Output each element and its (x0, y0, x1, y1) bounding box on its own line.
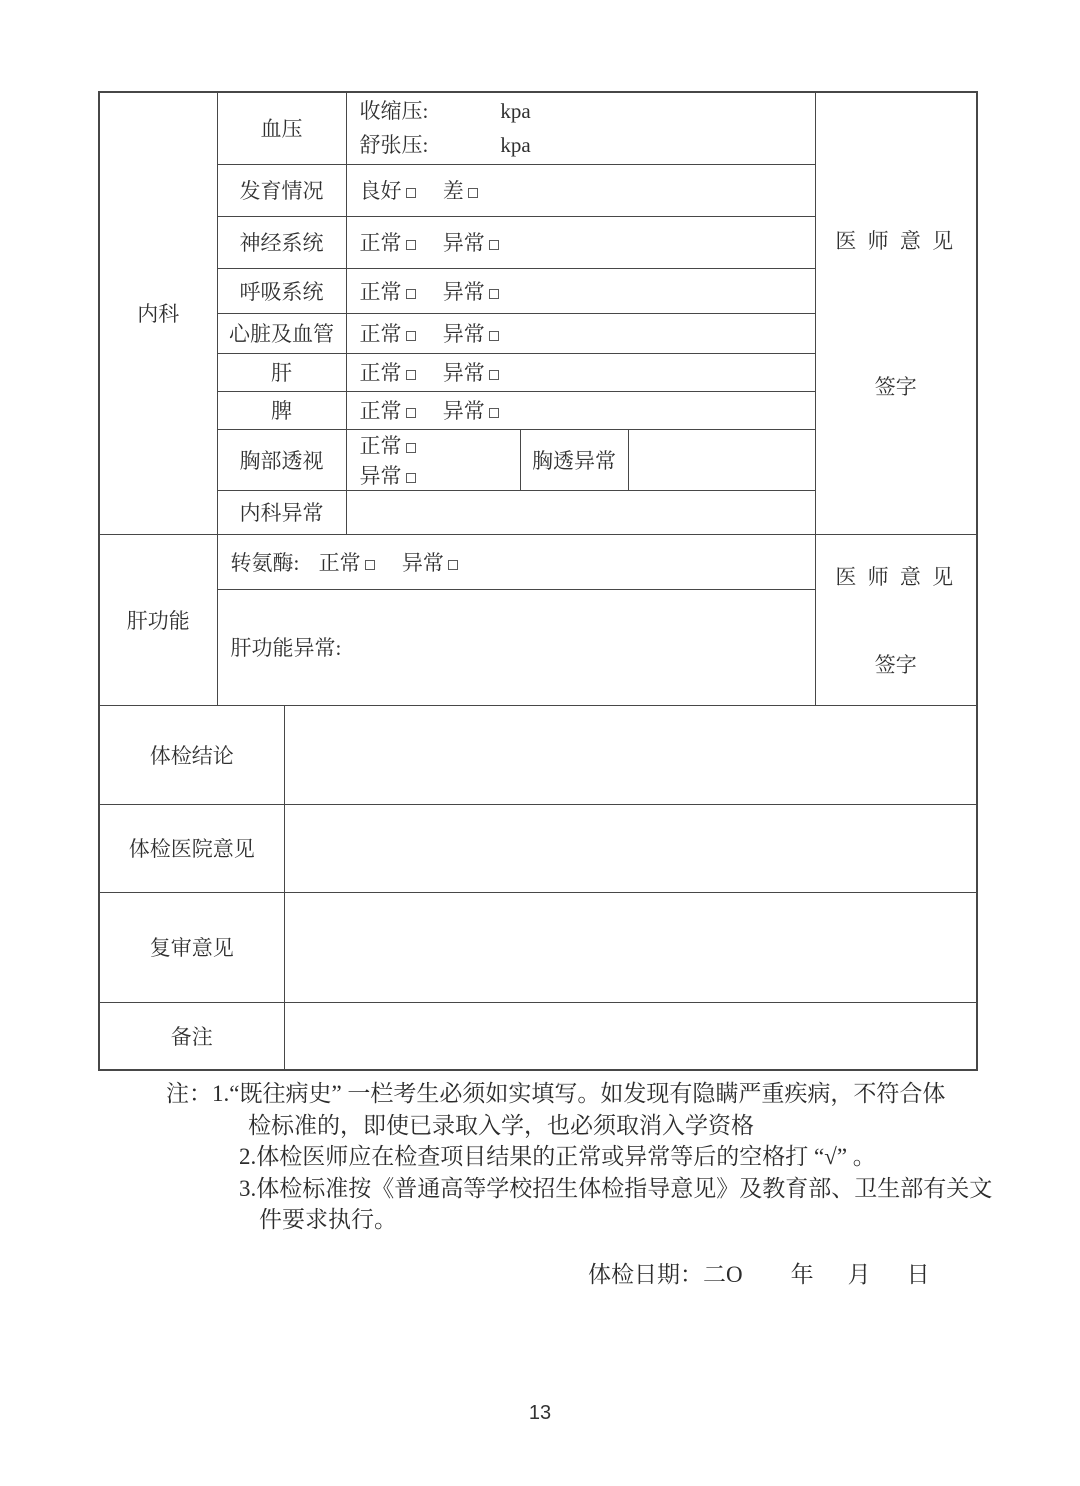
month-label: 月 (848, 1262, 871, 1287)
checkbox-icon (406, 289, 416, 299)
liver-label: 肝 (217, 353, 346, 391)
exam-conclusion-value-cell (284, 705, 977, 804)
signature-label: 签字 (875, 649, 917, 679)
section-liver-function-label: 肝功能 (99, 534, 217, 705)
chest-xray-abnormal-value-cell (628, 429, 815, 490)
blood-pressure-label: 血压 (217, 92, 346, 164)
checkbox-icon (406, 370, 416, 380)
day-label: 日 (907, 1262, 930, 1287)
hospital-opinion-label: 体检医院意见 (99, 804, 284, 892)
note-line: 2.体检医师应在检查项目结果的正常或异常等后的空格打 “√” 。 (239, 1141, 986, 1173)
checkbox-icon (489, 408, 499, 418)
systolic-unit: kpa (500, 99, 530, 123)
checkbox-icon (406, 240, 416, 250)
review-opinion-label: 复审意见 (99, 892, 284, 1002)
internal-abnormal-label: 内科异常 (217, 490, 346, 534)
option-abnormal: 异常 (443, 361, 499, 385)
checkbox-icon (448, 560, 458, 570)
exam-date-prefix: 体检日期：二O (588, 1262, 743, 1287)
diastolic-unit: kpa (500, 133, 530, 157)
development-label: 发育情况 (217, 164, 346, 216)
page-number: 13 (0, 1402, 1080, 1425)
hospital-opinion-value-cell (284, 804, 977, 892)
checkbox-icon (406, 188, 416, 198)
row-transaminase: 肝功能 转氨酶: 正常 异常 医 师 意 见 签字 (99, 534, 977, 589)
exam-conclusion-label: 体检结论 (99, 705, 284, 804)
option-abnormal: 异常 (443, 322, 499, 346)
checkbox-icon (406, 443, 416, 453)
option-good: 良好 (360, 179, 416, 203)
year-label: 年 (791, 1262, 814, 1287)
respiratory-system-value-cell: 正常 异常 (346, 268, 815, 313)
note-line: 3.体检标准按《普通高等学校招生体检指导意见》及教育部、卫生部有关文 (239, 1173, 986, 1205)
option-normal: 正常 (360, 399, 416, 423)
diastolic-line: 舒张压:kpa (360, 128, 815, 162)
checkbox-icon (406, 473, 416, 483)
review-opinion-value-cell (284, 892, 977, 1002)
doctor-opinion-label: 医 师 意 见 (835, 561, 956, 591)
option-abnormal: 异常 (443, 231, 499, 255)
option-normal: 正常 (360, 231, 416, 255)
note-line: 检标准的，即使已录取入学，也必须取消入学资格 (248, 1110, 986, 1142)
internal-abnormal-value-cell (346, 490, 815, 534)
heart-vessels-value-cell: 正常 异常 (346, 313, 815, 353)
chest-xray-value-cell: 正常 异常 (346, 429, 520, 490)
physical-exam-table: 内科 血压 收缩压:kpa 舒张压:kpa 医 师 意 见 签字 发育情况 良好… (98, 91, 978, 1071)
option-normal: 正常 (360, 361, 416, 385)
option-abnormal: 异常 (402, 551, 458, 575)
transaminase-value-cell: 转氨酶: 正常 异常 (217, 534, 815, 589)
respiratory-system-label: 呼吸系统 (217, 268, 346, 313)
note-line: 注：1.“既往病史” 一栏考生必须如实填写。如发现有隐瞒严重疾病，不符合体 (166, 1078, 986, 1110)
spleen-value-cell: 正常 异常 (346, 391, 815, 429)
chest-xray-abnormal-label: 胸透异常 (520, 429, 628, 490)
chest-xray-label: 胸部透视 (217, 429, 346, 490)
checkbox-icon (489, 331, 499, 341)
checkbox-icon (406, 331, 416, 341)
internal-medicine-doctor-opinion-cell: 医 师 意 见 签字 (815, 92, 977, 534)
row-exam-conclusion: 体检结论 (99, 705, 977, 804)
checkbox-icon (365, 560, 375, 570)
row-hospital-opinion: 体检医院意见 (99, 804, 977, 892)
row-review-opinion: 复审意见 (99, 892, 977, 1002)
checkbox-icon (489, 289, 499, 299)
doctor-opinion-label: 医 师 意 见 (835, 225, 956, 255)
note-line: 件要求执行。 (259, 1204, 986, 1236)
checkbox-icon (406, 408, 416, 418)
remarks-value-cell (284, 1002, 977, 1070)
option-normal: 正常 (360, 280, 416, 304)
option-abnormal: 异常 (443, 399, 499, 423)
diastolic-label: 舒张压: (360, 133, 429, 157)
heart-vessels-label: 心脏及血管 (217, 313, 346, 353)
spleen-label: 脾 (217, 391, 346, 429)
systolic-label: 收缩压: (360, 99, 429, 123)
option-normal: 正常 (360, 322, 416, 346)
transaminase-prefix: 转氨酶: (231, 551, 300, 575)
checkbox-icon (489, 240, 499, 250)
signature-label: 签字 (875, 371, 917, 401)
liver-function-doctor-opinion-cell: 医 师 意 见 签字 (815, 534, 977, 705)
notes-block: 注：1.“既往病史” 一栏考生必须如实填写。如发现有隐瞒严重疾病，不符合体 检标… (166, 1078, 986, 1236)
option-abnormal: 异常 (360, 464, 416, 488)
document-page: 内科 血压 收缩压:kpa 舒张压:kpa 医 师 意 见 签字 发育情况 良好… (0, 0, 1080, 1486)
option-normal: 正常 (360, 434, 416, 458)
option-abnormal: 异常 (443, 280, 499, 304)
checkbox-icon (468, 188, 478, 198)
systolic-line: 收缩压:kpa (360, 94, 815, 128)
section-internal-medicine-label: 内科 (99, 92, 217, 534)
checkbox-icon (489, 370, 499, 380)
row-remarks: 备注 (99, 1002, 977, 1070)
option-normal: 正常 (319, 551, 375, 575)
liver-function-abnormal-label: 肝功能异常: (217, 589, 815, 705)
option-poor: 差 (443, 179, 478, 203)
exam-date-line: 体检日期：二O年月日 (588, 1256, 930, 1289)
nervous-system-value-cell: 正常 异常 (346, 216, 815, 268)
liver-value-cell: 正常 异常 (346, 353, 815, 391)
development-value-cell: 良好 差 (346, 164, 815, 216)
row-blood-pressure: 内科 血压 收缩压:kpa 舒张压:kpa 医 师 意 见 签字 (99, 92, 977, 164)
blood-pressure-value-cell: 收缩压:kpa 舒张压:kpa (346, 92, 815, 164)
remarks-label: 备注 (99, 1002, 284, 1070)
nervous-system-label: 神经系统 (217, 216, 346, 268)
